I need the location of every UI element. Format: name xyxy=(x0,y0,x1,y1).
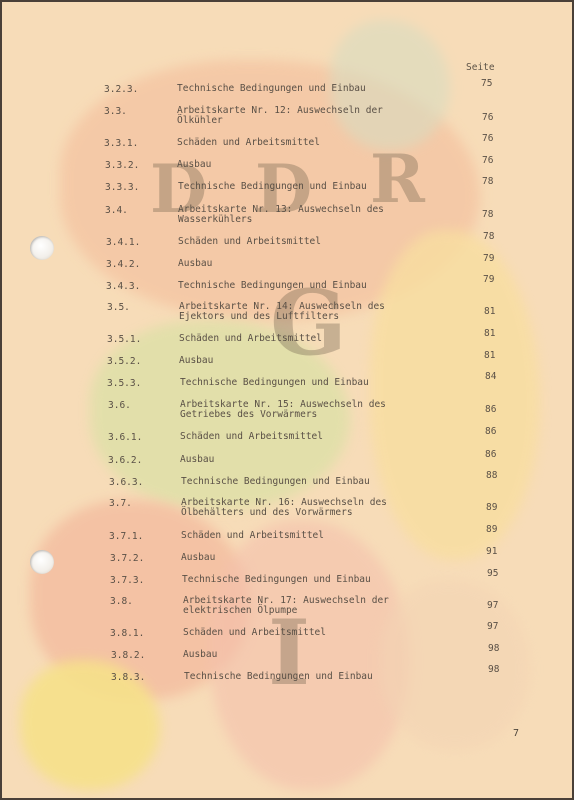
page-reference: 98 xyxy=(488,664,499,675)
page-reference: 95 xyxy=(487,568,498,579)
section-title: Arbeitskarte Nr. 12: Auswechseln der Ölk… xyxy=(177,106,383,126)
page-reference: 88 xyxy=(486,470,497,481)
section-title: Ausbau xyxy=(180,455,214,465)
section-title: Ausbau xyxy=(179,356,213,366)
section-number: 3.8.1. xyxy=(110,628,144,639)
section-title: Technische Bedingungen und Einbau xyxy=(184,672,373,682)
section-number: 3.7.1. xyxy=(109,531,143,542)
section-number: 3.6.2. xyxy=(108,455,142,466)
section-title: Technische Bedingungen und Einbau xyxy=(181,477,370,487)
section-number: 3.8. xyxy=(110,596,133,607)
section-title: Ausbau xyxy=(177,160,211,170)
page-reference: 76 xyxy=(482,133,493,144)
page-reference: 81 xyxy=(484,306,495,317)
section-number: 3.5.3. xyxy=(107,378,141,389)
page-reference: 89 xyxy=(486,502,497,513)
page-reference: 76 xyxy=(482,112,493,123)
page-reference: 78 xyxy=(482,176,493,187)
page-reference: 76 xyxy=(482,155,493,166)
page-reference: 97 xyxy=(487,600,498,611)
section-number: 3.7.2. xyxy=(110,553,144,564)
section-title: Schäden und Arbeitsmittel xyxy=(178,237,321,247)
section-number: 3.4.1. xyxy=(106,237,140,248)
section-title: Ausbau xyxy=(183,650,217,660)
section-number: 3.8.3. xyxy=(111,672,145,683)
section-title: Schäden und Arbeitsmittel xyxy=(177,138,320,148)
section-title: Technische Bedingungen und Einbau xyxy=(177,84,366,94)
section-number: 3.4. xyxy=(105,205,128,216)
section-number: 3.6.1. xyxy=(108,432,142,443)
section-number: 3.5.1. xyxy=(107,334,141,345)
page-reference: 84 xyxy=(485,371,496,382)
section-number: 3.6. xyxy=(108,400,131,411)
section-title: Arbeitskarte Nr. 17: Auswechseln der ele… xyxy=(183,596,389,616)
page-reference: 78 xyxy=(482,209,493,220)
page-reference: 89 xyxy=(486,524,497,535)
section-number: 3.3.1. xyxy=(104,138,138,149)
section-title: Schäden und Arbeitsmittel xyxy=(183,628,326,638)
section-title: Technische Bedingungen und Einbau xyxy=(180,378,369,388)
section-number: 3.3.2. xyxy=(105,160,139,171)
page-reference: 98 xyxy=(488,643,499,654)
section-number: 3.4.3. xyxy=(106,281,140,292)
page-reference: 86 xyxy=(485,426,496,437)
page-reference: 81 xyxy=(484,328,495,339)
page-reference: 75 xyxy=(481,78,492,89)
section-number: 3.6.3. xyxy=(109,477,143,488)
section-number: 3.5.2. xyxy=(107,356,141,367)
section-title: Technische Bedingungen und Einbau xyxy=(178,281,367,291)
section-title: Technische Bedingungen und Einbau xyxy=(182,575,371,585)
page-reference: 81 xyxy=(484,350,495,361)
page-reference: 91 xyxy=(486,546,497,557)
section-title: Arbeitskarte Nr. 14: Auswechseln des Eje… xyxy=(179,302,385,322)
page-reference: 78 xyxy=(483,231,494,242)
table-of-contents: Seite 3.2.3. Technische Bedingungen und … xyxy=(0,0,574,800)
section-number: 3.2.3. xyxy=(104,84,138,95)
section-title: Ausbau xyxy=(181,553,215,563)
section-title: Schäden und Arbeitsmittel xyxy=(180,432,323,442)
page-reference: 79 xyxy=(483,253,494,264)
section-title: Schäden und Arbeitsmittel xyxy=(181,531,324,541)
page-number: 7 xyxy=(513,728,519,739)
page-reference: 97 xyxy=(487,621,498,632)
section-number: 3.7. xyxy=(109,498,132,509)
section-title: Ausbau xyxy=(178,259,212,269)
page-reference: 86 xyxy=(485,449,496,460)
section-title: Arbeitskarte Nr. 13: Auswechseln des Was… xyxy=(178,205,384,225)
section-number: 3.7.3. xyxy=(110,575,144,586)
section-number: 3.3.3. xyxy=(105,182,139,193)
section-title: Arbeitskarte Nr. 15: Auswechseln des Get… xyxy=(180,400,386,420)
section-number: 3.8.2. xyxy=(111,650,145,661)
page-reference: 86 xyxy=(485,404,496,415)
section-title: Technische Bedingungen und Einbau xyxy=(178,182,367,192)
page-column-header: Seite xyxy=(466,62,495,73)
section-title: Schäden und Arbeitsmittel xyxy=(179,334,322,344)
page-reference: 79 xyxy=(483,274,494,285)
section-number: 3.5. xyxy=(107,302,130,313)
section-number: 3.4.2. xyxy=(106,259,140,270)
section-title: Arbeitskarte Nr. 16: Auswechseln des Ölb… xyxy=(181,498,387,518)
section-number: 3.3. xyxy=(104,106,127,117)
